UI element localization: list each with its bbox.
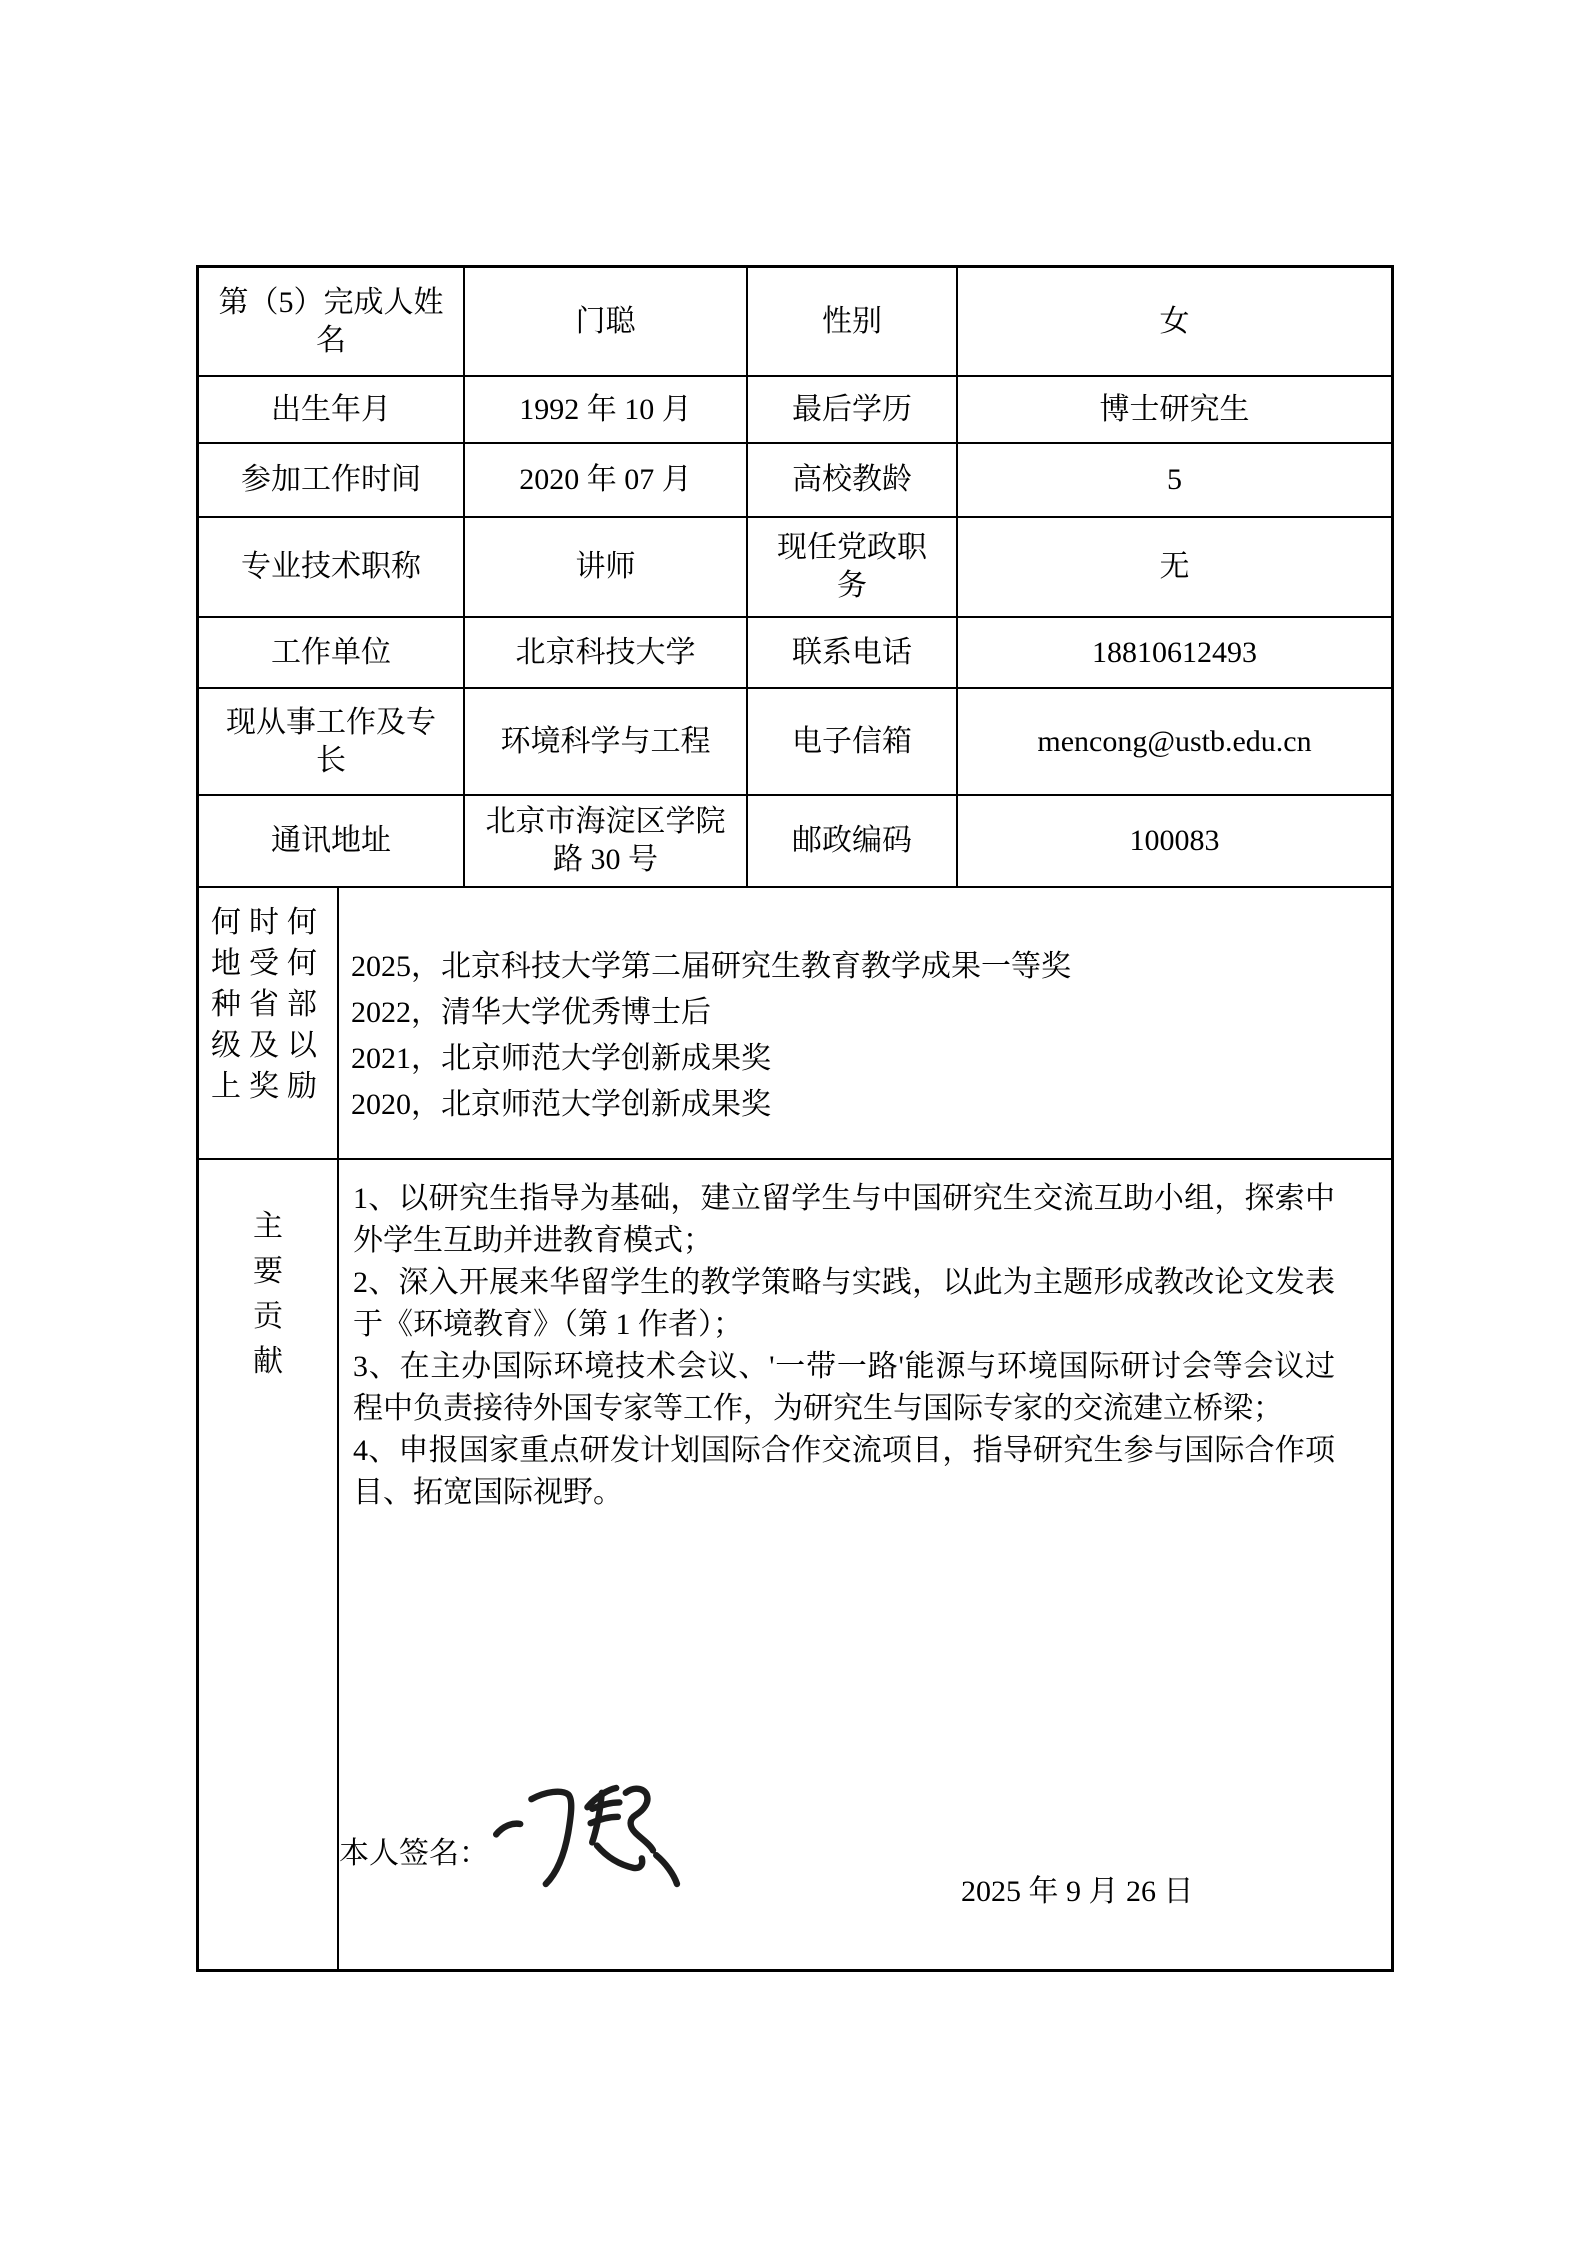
contribution-item-4: 4、申报国家重点研发计划国际合作交流项目，指导研究生参与国际合作项目、拓宽国际视…	[353, 1430, 1335, 1514]
award-item-2025: 2025，北京科技大学第二届研究生教育教学成果一等奖	[351, 944, 1381, 990]
label-mailing-address: 通讯地址	[199, 796, 465, 888]
awards-list: 2025，北京科技大学第二届研究生教育教学成果一等奖 2022，清华大学优秀博士…	[339, 888, 1391, 1160]
contributions-row: 主要贡献 1、以研究生指导为基础，建立留学生与中国研究生交流互助小组，探索中外学…	[199, 1160, 1391, 1969]
award-item-2022: 2022，清华大学优秀博士后	[351, 990, 1381, 1036]
value-birth-date: 1992 年 10 月	[465, 377, 748, 444]
value-teaching-years: 5	[958, 444, 1391, 518]
value-last-degree: 博士研究生	[958, 377, 1391, 444]
value-current-work: 环境科学与工程	[465, 689, 748, 796]
label-teaching-years: 高校教龄	[748, 444, 958, 518]
label-professional-title: 专业技术职称	[199, 518, 465, 618]
label-current-work: 现从事工作及专 长	[199, 689, 465, 796]
contribution-item-2: 2、深入开展来华留学生的教学策略与实践，以此为主题形成教改论文发表于《环境教育》…	[353, 1262, 1335, 1346]
value-party-position: 无	[958, 518, 1391, 618]
value-employer: 北京科技大学	[465, 618, 748, 689]
value-completer-name: 门聪	[465, 268, 748, 377]
label-postal-code: 邮政编码	[748, 796, 958, 888]
label-employer: 工作单位	[199, 618, 465, 689]
contributions-label-text: 主要贡献	[251, 1204, 285, 1969]
contribution-item-1: 1、以研究生指导为基础，建立留学生与中国研究生交流互助小组，探索中外学生互助并进…	[353, 1178, 1335, 1262]
contributions-label: 主要贡献	[199, 1160, 339, 1969]
value-mailing-address: 北京市海淀区学院 路 30 号	[465, 796, 748, 888]
award-item-2021: 2021，北京师范大学创新成果奖	[351, 1036, 1381, 1082]
label-email: 电子信箱	[748, 689, 958, 796]
signature-image	[485, 1772, 685, 1896]
value-postal-code: 100083	[958, 796, 1391, 888]
label-last-degree: 最后学历	[748, 377, 958, 444]
value-professional-title: 讲师	[465, 518, 748, 618]
label-phone: 联系电话	[748, 618, 958, 689]
label-work-start: 参加工作时间	[199, 444, 465, 518]
value-gender: 女	[958, 268, 1391, 377]
info-grid: 第（5）完成人姓 名 门聪 性别 女 出生年月 1992 年 10 月 最后学历…	[199, 268, 1391, 888]
contribution-item-3: 3、在主办国际环境技术会议、'一带一路'能源与环境国际研讨会等会议过程中负责接待…	[353, 1346, 1335, 1430]
contributions-content: 1、以研究生指导为基础，建立留学生与中国研究生交流互助小组，探索中外学生互助并进…	[339, 1160, 1391, 1969]
signature-date: 2025 年 9 月 26 日	[961, 1866, 1194, 1910]
award-item-2020: 2020，北京师范大学创新成果奖	[351, 1082, 1381, 1128]
label-gender: 性别	[748, 268, 958, 377]
awards-row: 何时何 地受何 种省部 级及以 上奖励 2025，北京科技大学第二届研究生教育教…	[199, 888, 1391, 1160]
awards-label: 何时何 地受何 种省部 级及以 上奖励	[199, 888, 339, 1160]
signature-label: 本人签名：	[339, 1828, 489, 1872]
value-email: mencong@ustb.edu.cn	[958, 689, 1391, 796]
value-phone: 18810612493	[958, 618, 1391, 689]
page: 第（5）完成人姓 名 门聪 性别 女 出生年月 1992 年 10 月 最后学历…	[0, 0, 1587, 2245]
label-birth-date: 出生年月	[199, 377, 465, 444]
personnel-form-table: 第（5）完成人姓 名 门聪 性别 女 出生年月 1992 年 10 月 最后学历…	[196, 265, 1394, 1972]
label-completer-name: 第（5）完成人姓 名	[199, 268, 465, 377]
label-party-position: 现任党政职 务	[748, 518, 958, 618]
value-work-start: 2020 年 07 月	[465, 444, 748, 518]
